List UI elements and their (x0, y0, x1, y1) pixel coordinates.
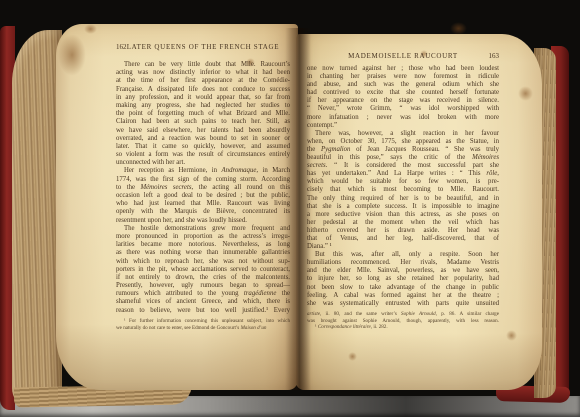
left-running-title: LATER QUEENS OF THE FRENCH STAGE (127, 43, 280, 51)
text-line: But this was, after all, only a respite.… (307, 251, 499, 259)
text-line: when, on October 30, 1775, she appeared … (307, 138, 499, 146)
left-page-body: There can be very little doubt that Mlle… (116, 61, 290, 315)
left-page-header: 162 LATER QUEENS OF THE FRENCH STAGE (116, 43, 290, 51)
text-line: There was, however, a slight reaction in… (307, 130, 499, 138)
text-line: to the Mémoires secrets, the acting all … (116, 184, 290, 192)
text-line: unconnected with her art. (116, 159, 290, 167)
text-line: as there was nothing worse than innumera… (116, 249, 290, 257)
text-line: not been slow to take advantage of the c… (307, 284, 499, 292)
text-line: was brought against Sophie Arnould, thou… (307, 318, 499, 325)
text-line: that of Venus, and her leg, half-discove… (307, 235, 499, 243)
text-line: has yet undertaken.” And La Harpe writes… (307, 170, 499, 178)
text-line: more pronounced in proportion as the act… (116, 233, 290, 241)
text-line: Française. A dissipated life does not co… (116, 86, 290, 94)
text-line: the Pygmalion of Jean Jacques Rousseau. … (307, 146, 499, 154)
foxing-spot (348, 352, 357, 361)
right-page-body: one now turned against her ; those who h… (307, 65, 499, 308)
text-line: Diana.” ¹ (307, 243, 499, 251)
gutter-shadow (285, 28, 311, 390)
right-page-footnote: artiste, ii. 80, and the same writer’s S… (307, 311, 499, 331)
book-photograph: 162 LATER QUEENS OF THE FRENCH STAGE The… (0, 0, 580, 417)
text-line: we have said elsewhere, her talents had … (116, 127, 290, 135)
foxing-spot (58, 34, 86, 76)
text-line: her pedestal at the moment when the veil… (307, 219, 499, 227)
text-line: Her reception as Hermione, in Andromaque… (116, 167, 290, 175)
text-line: reason to believe, were but too well jus… (116, 307, 290, 315)
text-line: the point of forgetting much of what Bri… (116, 110, 290, 118)
text-line: ¹ For further information concerning thi… (116, 318, 290, 325)
text-line: “ Never,” wrote Grimm, “ was idol worshi… (307, 105, 499, 113)
text-line: shameful vices of ancient Greece, and wh… (116, 298, 290, 306)
text-line: acting was now distinctly inferior to wh… (116, 69, 290, 77)
text-line: which would be suitable for so few women… (307, 178, 499, 186)
left-page-number: 162 (116, 43, 127, 51)
right-running-title: MADEMOISELLE RAUCOURT (348, 52, 458, 60)
page-edges-left (12, 30, 62, 406)
text-line: had contrived to excite that she counted… (307, 89, 499, 97)
text-line: to injure her, so long as she retained h… (307, 275, 499, 283)
text-line: who had just learned that Mlle. Raucourt… (116, 200, 290, 208)
text-line: contempt.” (307, 122, 499, 130)
text-line: secrets. “ It is considered the most suc… (307, 162, 499, 170)
text-line: and abuse, and such was the general odiu… (307, 81, 499, 89)
text-line: porters in the pit, whose acclamations s… (116, 266, 290, 274)
text-line: artiste, ii. 80, and the same writer’s S… (307, 311, 499, 318)
text-line: a more seductive vision than this actres… (307, 211, 499, 219)
text-line: Presently, however, ugly rumours began t… (116, 282, 290, 290)
left-page-footnote: ¹ For further information concerning thi… (116, 318, 290, 331)
text-line: beautiful in this pose,” says the critic… (307, 154, 499, 162)
right-page-number: 163 (489, 52, 500, 60)
text-line: occasion left a good deal to be desired … (116, 192, 290, 200)
text-line: in chanting her praises were now foremos… (307, 73, 499, 81)
text-line: The hostile demonstrations grew more fre… (116, 225, 290, 233)
text-line: ¹ Correspondance littéraire, ii. 282. (307, 324, 499, 331)
right-page-header: MADEMOISELLE RAUCOURT 163 (307, 52, 499, 60)
text-line: resentment upon her, and she was loudly … (116, 217, 290, 225)
text-line: hitherto covered her is drawn aside. Her… (307, 227, 499, 235)
text-line: in any profession, and it would appear t… (116, 94, 290, 102)
text-line: with which to reproach her, she was not … (116, 258, 290, 266)
text-line: cisely that which is most becoming to Ml… (307, 186, 499, 194)
text-line: humiliations recommenced. Her rivals, Ma… (307, 259, 499, 267)
text-line: more infatuation ; never was idol broken… (307, 114, 499, 122)
text-line: so violent a form was the result of circ… (116, 151, 290, 159)
foxing-spot (450, 22, 467, 35)
text-line: we naturally do not care to enter, see E… (116, 325, 290, 332)
text-line: making any progress, she had neglected h… (116, 102, 290, 110)
text-line: The only thing required of her is to be … (307, 195, 499, 203)
text-line: There can be very little doubt that Mlle… (116, 61, 290, 69)
text-line: if her appearance on the stage was recei… (307, 97, 499, 105)
text-line: if not entirely to drown, the cries of t… (116, 274, 290, 282)
text-line: rumours which attributed to the young tr… (116, 290, 290, 298)
text-line: larities became more notorious. Neverthe… (116, 241, 290, 249)
text-line: that she is a complete success. It is im… (307, 203, 499, 211)
text-line: 1774, was the first sign of the coming s… (116, 176, 290, 184)
left-page-text: 162 LATER QUEENS OF THE FRENCH STAGE The… (116, 43, 290, 331)
right-page-text: MADEMOISELLE RAUCOURT 163 one now turned… (307, 52, 499, 331)
foxing-spot (518, 86, 533, 101)
text-line: feeling. A cabal was formed against her … (307, 292, 499, 300)
text-line: at the time of her first appearance at t… (116, 77, 290, 85)
text-line: and the elder Mlle. Sainval, powerless, … (307, 267, 499, 275)
text-line: openly with the Marquis de Bièvre, conce… (116, 208, 290, 216)
foxing-spot (506, 330, 517, 341)
text-line: Clairon had been at such pains to teach … (116, 118, 290, 126)
text-line: one now turned against her ; those who h… (307, 65, 499, 73)
text-line: she was systematically entrusted with pa… (307, 300, 499, 308)
text-line: overrated, and a reaction was bound to s… (116, 135, 290, 143)
foxing-spot (84, 24, 97, 34)
text-line: later. That it came so quickly, however,… (116, 143, 290, 151)
